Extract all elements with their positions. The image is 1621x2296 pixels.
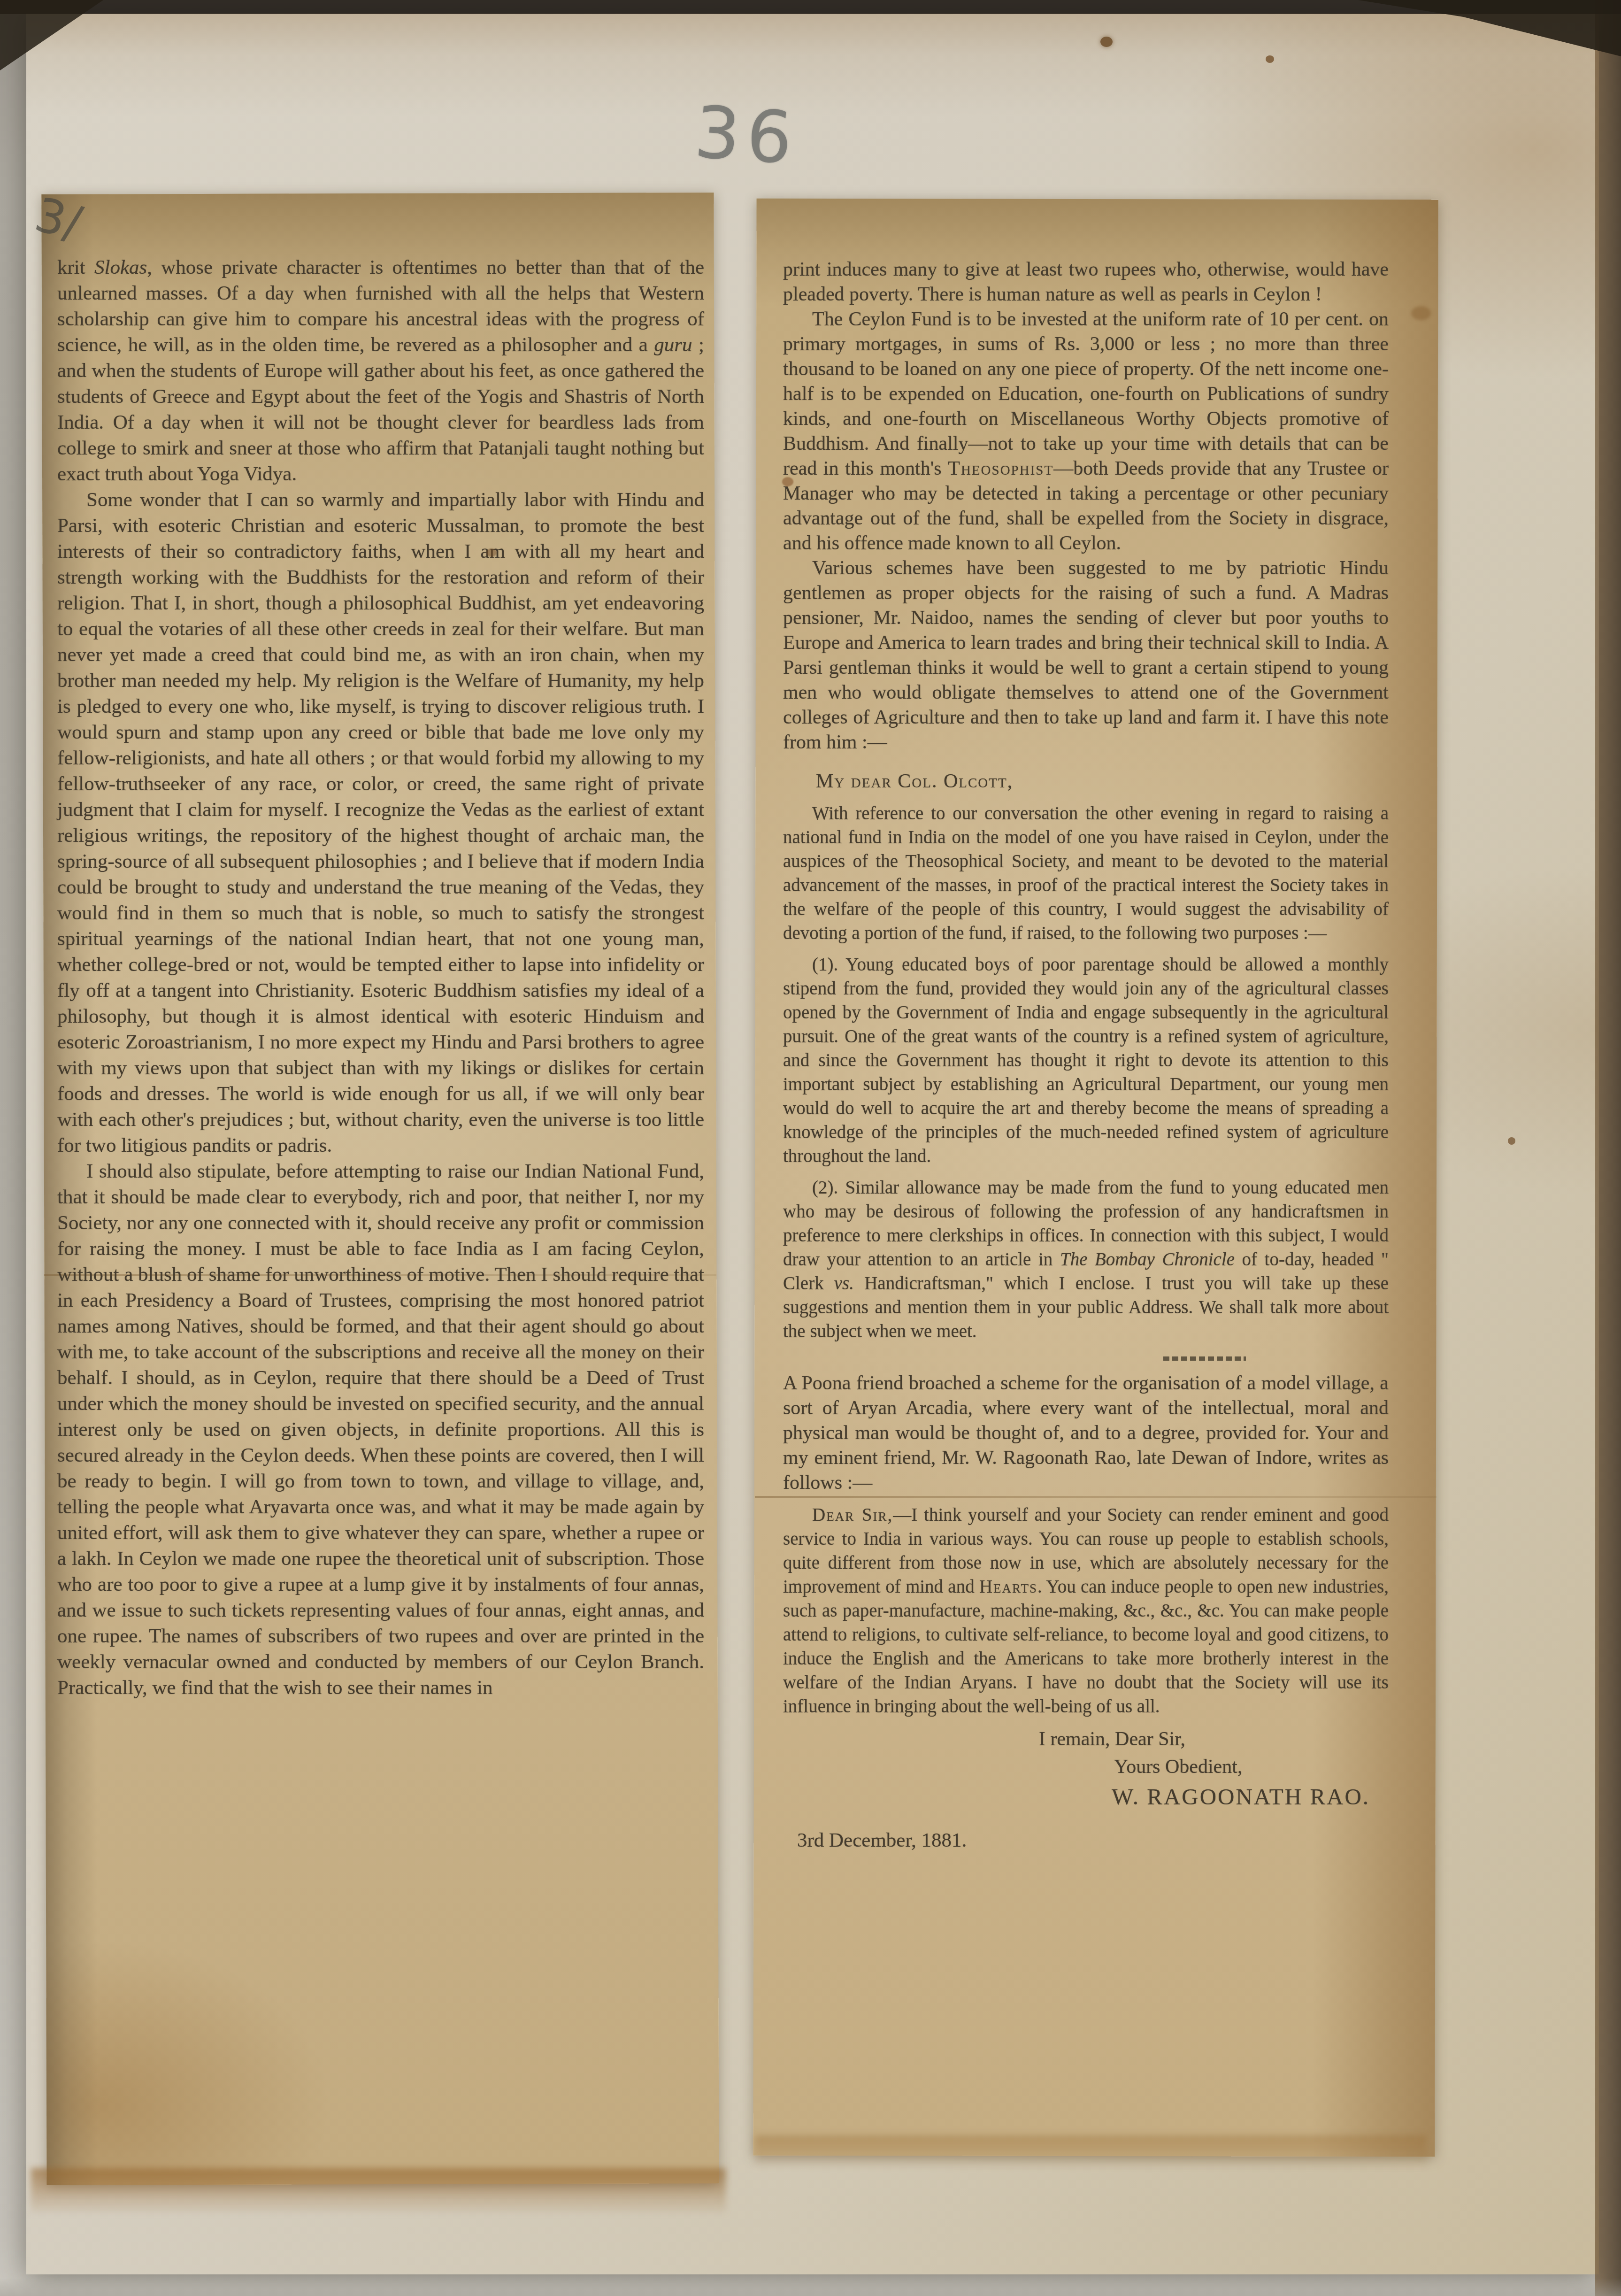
paragraph: krit Slokas, whose private character is … xyxy=(57,254,704,487)
paragraph: Some wonder that I can so warmly and imp… xyxy=(57,487,704,1158)
paragraph: With reference to our conversation the o… xyxy=(783,801,1389,945)
paragraph: (1). Young educated boys of poor parenta… xyxy=(783,953,1389,1168)
fox-spot xyxy=(1411,306,1431,320)
paragraph: Yours Obedient, xyxy=(783,1755,1389,1780)
paragraph: 3rd December, 1881. xyxy=(783,1828,1389,1853)
paragraph: (2). Similar allowance may be made from … xyxy=(783,1176,1389,1343)
paragraph: Dear Sir,—I think yourself and your Soci… xyxy=(783,1503,1389,1718)
torn-edge-stain-right xyxy=(755,2135,1426,2166)
article-left-column-text: krit Slokas, whose private character is … xyxy=(57,254,704,1701)
scanned-scrapbook-photo: { "page": { "handwritten_page_number": "… xyxy=(0,0,1621,2296)
fox-spot xyxy=(1266,55,1274,63)
page-deckle-edge xyxy=(1595,0,1621,2296)
paragraph: print induces many to give at least two … xyxy=(783,257,1389,307)
paragraph: The Ceylon Fund is to be invested at the… xyxy=(783,307,1389,556)
paragraph: Various schemes have been suggested to m… xyxy=(783,556,1389,755)
photo-bottom-edge xyxy=(0,2278,1621,2296)
paragraph: W. RAGOONATH RAO. xyxy=(783,1784,1389,1809)
torn-edge-stain-left xyxy=(31,2168,726,2213)
handwritten-page-number: 36 xyxy=(692,90,801,180)
fox-spot xyxy=(1100,37,1113,47)
paragraph: I remain, Dear Sir, xyxy=(783,1727,1389,1752)
paragraph: I should also stipulate, before attempti… xyxy=(57,1158,704,1701)
section-divider xyxy=(1163,1356,1246,1361)
fox-spot xyxy=(486,548,497,557)
fox-spot xyxy=(782,477,793,486)
paragraph: A Poona friend broached a scheme for the… xyxy=(783,1371,1389,1495)
article-right-column-text: print induces many to give at least two … xyxy=(783,257,1389,1853)
fox-spot xyxy=(1508,1137,1515,1145)
paragraph: My dear Col. Olcott, xyxy=(816,769,1389,794)
